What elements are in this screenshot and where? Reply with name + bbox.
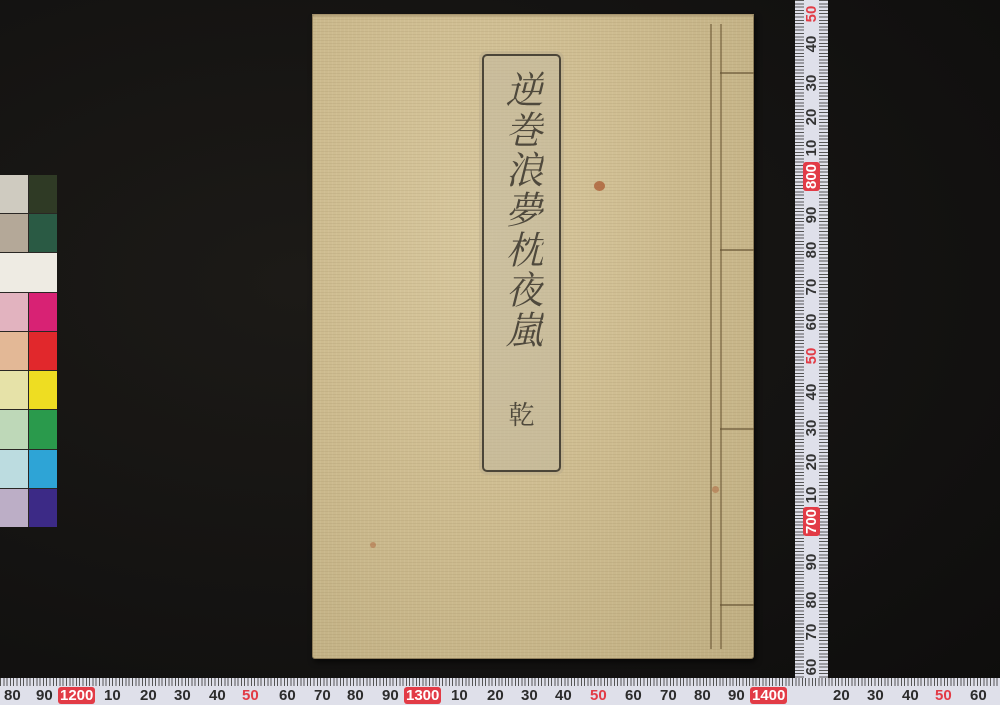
ruler-tick-label: 20 bbox=[487, 687, 504, 704]
spine-stitch-band bbox=[720, 604, 754, 606]
ruler-tick-label: 1400 bbox=[750, 687, 787, 704]
ruler-tick-label: 10 bbox=[803, 486, 821, 504]
color-checker-chart bbox=[0, 175, 57, 527]
color-patch bbox=[29, 489, 57, 527]
ruler-tick-label: 30 bbox=[803, 419, 821, 437]
ruler-tick-label: 90 bbox=[382, 687, 399, 704]
ruler-tick-label: 60 bbox=[803, 313, 821, 331]
ruler-tick-label: 30 bbox=[867, 687, 884, 704]
color-patch bbox=[29, 214, 57, 252]
spine-stitch-band bbox=[720, 428, 754, 430]
ruler-tick-label: 60 bbox=[279, 687, 296, 704]
ruler-tick-label: 10 bbox=[104, 687, 121, 704]
ruler-tick-label: 60 bbox=[803, 658, 821, 676]
color-patch bbox=[0, 332, 28, 370]
ruler-tick-label: 50 bbox=[242, 687, 259, 704]
color-patch bbox=[29, 450, 57, 488]
ruler-tick-label: 40 bbox=[555, 687, 572, 704]
color-patch bbox=[0, 175, 28, 213]
ruler-tick-label: 10 bbox=[803, 139, 821, 157]
ruler-tick-label: 80 bbox=[694, 687, 711, 704]
ruler-tick-label: 1300 bbox=[404, 687, 441, 704]
ruler-tick-label: 50 bbox=[803, 347, 821, 365]
foxing-stain bbox=[594, 181, 605, 191]
color-patch bbox=[29, 410, 57, 448]
ruler-tick-label: 40 bbox=[209, 687, 226, 704]
color-patch bbox=[0, 293, 28, 331]
ruler-tick-label: 80 bbox=[803, 591, 821, 609]
book-title: 逆巻浪夢枕夜嵐 bbox=[494, 70, 549, 350]
ruler-tick-label: 90 bbox=[803, 553, 821, 571]
ruler-tick-label: 70 bbox=[803, 623, 821, 641]
title-slip: 逆巻浪夢枕夜嵐 乾 bbox=[482, 54, 561, 472]
ruler-tick-label: 1200 bbox=[58, 687, 95, 704]
color-patch bbox=[0, 253, 57, 291]
ruler-tick-label: 10 bbox=[451, 687, 468, 704]
ruler-tick-label: 40 bbox=[902, 687, 919, 704]
color-patch bbox=[0, 410, 28, 448]
ruler-tick-label: 40 bbox=[803, 35, 821, 53]
ruler-tick-label: 70 bbox=[314, 687, 331, 704]
ruler-tick-label: 60 bbox=[625, 687, 642, 704]
spine-stitch-band bbox=[720, 249, 754, 251]
color-patch bbox=[0, 489, 28, 527]
color-patch bbox=[0, 450, 28, 488]
ruler-tick-label: 50 bbox=[935, 687, 952, 704]
color-patch bbox=[29, 371, 57, 409]
ruler-tick-label: 90 bbox=[36, 687, 53, 704]
ruler-tick-label: 30 bbox=[803, 74, 821, 92]
spine-binding-line bbox=[710, 24, 712, 649]
ruler-tick-label: 20 bbox=[803, 108, 821, 126]
vertical-ruler: 5040302010800908070605040302010700908070… bbox=[795, 0, 828, 705]
horizontal-ruler: 8090120010203040506070809013001020304050… bbox=[0, 678, 1000, 705]
ruler-ticks bbox=[0, 678, 1000, 686]
ruler-tick-label: 80 bbox=[4, 687, 21, 704]
ruler-tick-label: 20 bbox=[833, 687, 850, 704]
color-patch bbox=[29, 175, 57, 213]
ruler-tick-label: 30 bbox=[174, 687, 191, 704]
foxing-stain bbox=[712, 486, 719, 493]
ruler-tick-label: 800 bbox=[803, 173, 821, 191]
ruler-tick-label: 80 bbox=[347, 687, 364, 704]
ruler-tick-label: 70 bbox=[803, 278, 821, 296]
color-patch bbox=[29, 293, 57, 331]
spine-binding-line bbox=[720, 24, 722, 649]
book-top-edge bbox=[312, 14, 754, 18]
volume-mark: 乾 bbox=[508, 395, 534, 432]
foxing-stain bbox=[370, 542, 376, 548]
ruler-tick-label: 80 bbox=[803, 241, 821, 259]
color-patch bbox=[0, 371, 28, 409]
ruler-tick-label: 40 bbox=[803, 383, 821, 401]
color-patch bbox=[29, 332, 57, 370]
book-cover: 逆巻浪夢枕夜嵐 乾 bbox=[312, 14, 754, 659]
ruler-tick-label: 30 bbox=[521, 687, 538, 704]
ruler-tick-label: 90 bbox=[803, 206, 821, 224]
ruler-tick-label: 700 bbox=[803, 518, 821, 536]
ruler-tick-label: 90 bbox=[728, 687, 745, 704]
ruler-tick-label: 20 bbox=[803, 453, 821, 471]
ruler-tick-label: 50 bbox=[803, 5, 821, 23]
ruler-tick-label: 20 bbox=[140, 687, 157, 704]
color-patch bbox=[0, 214, 28, 252]
ruler-tick-label: 60 bbox=[970, 687, 987, 704]
ruler-tick-label: 70 bbox=[660, 687, 677, 704]
spine-stitch-band bbox=[720, 72, 754, 74]
ruler-tick-label: 50 bbox=[590, 687, 607, 704]
